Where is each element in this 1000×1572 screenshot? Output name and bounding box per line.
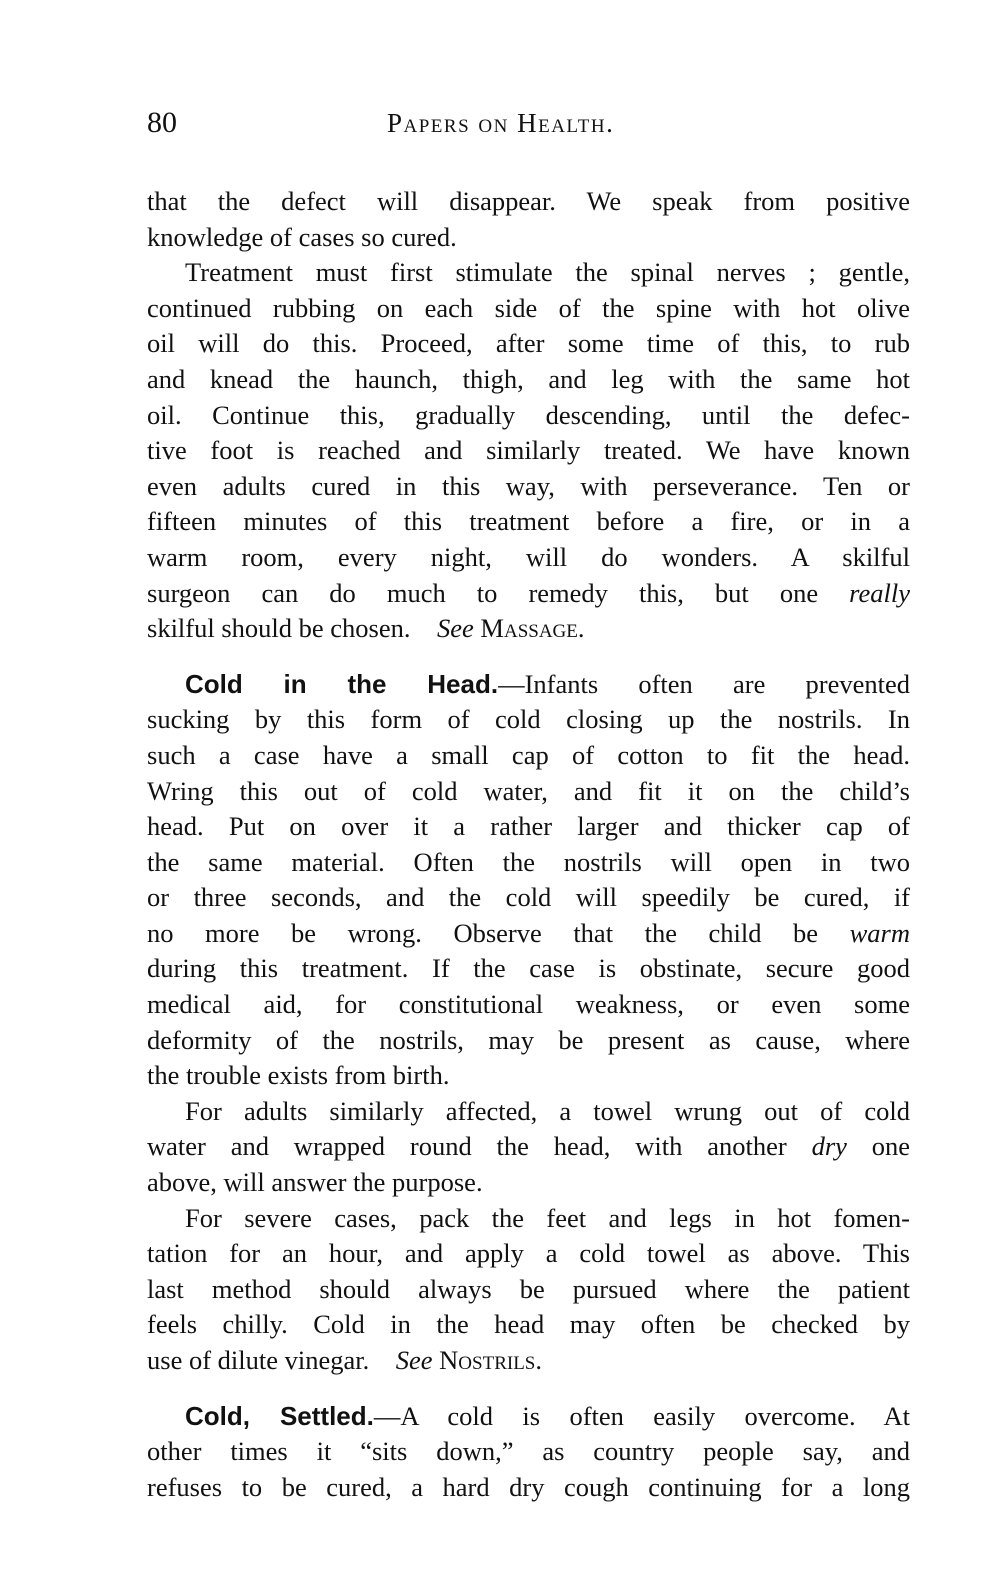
text-line: other times it “sits down,” as country p… xyxy=(147,1434,910,1470)
text-line: or three seconds, and the cold will spee… xyxy=(147,880,910,916)
section-gap xyxy=(147,1379,910,1399)
paragraph-treatment: Treatment must first stimulate the spina… xyxy=(147,255,910,647)
section-gap xyxy=(147,647,910,667)
entry-cold-in-the-head: Cold in the Head.—Infants often are prev… xyxy=(147,667,910,1379)
text-line: the same material. Often the nostrils wi… xyxy=(147,845,910,881)
text-line: refuses to be cured, a hard dry cough co… xyxy=(147,1470,910,1506)
page-header: 80 Papers on Health. xyxy=(147,106,910,146)
text-span: surgeon can do much to remedy this, but … xyxy=(147,578,818,608)
text-span: no more be wrong. Observe that the child… xyxy=(147,918,818,948)
text-line: skilful should be chosen. See Massage. xyxy=(147,611,910,647)
text-span: use of dilute vinegar. xyxy=(147,1345,369,1375)
text-line: For severe cases, pack the feet and legs… xyxy=(147,1201,910,1237)
text-line: above, will answer the purpose. xyxy=(147,1165,910,1201)
running-head: Papers on Health. xyxy=(387,108,614,139)
cross-reference-massage[interactable]: Massage. xyxy=(480,613,584,643)
page-body: that the defect will disappear. We speak… xyxy=(147,184,910,1505)
entry-heading: Cold in the Head. xyxy=(185,669,498,699)
text-line: Wring this out of cold water, and fit it… xyxy=(147,774,910,810)
entry-heading: Cold, Settled. xyxy=(185,1401,374,1431)
text-line: medical aid, for constitutional weakness… xyxy=(147,987,910,1023)
text-line: deformity of the nostrils, may be presen… xyxy=(147,1023,910,1059)
page-number: 80 xyxy=(147,106,177,140)
text-line: tation for an hour, and apply a cold tow… xyxy=(147,1236,910,1272)
text-line: during this treatment. If the case is ob… xyxy=(147,951,910,987)
see-label: See xyxy=(437,613,474,643)
paragraph-continuation: that the defect will disappear. We speak… xyxy=(147,184,910,255)
text-line: tive foot is reached and similarly treat… xyxy=(147,433,910,469)
text-line: water and wrapped round the head, with a… xyxy=(147,1129,910,1165)
text-line: Cold, Settled.—A cold is often easily ov… xyxy=(147,1399,910,1435)
emphasis: warm xyxy=(850,918,910,948)
cross-reference-nostrils[interactable]: Nostrils. xyxy=(439,1345,542,1375)
text-span: A cold is often easily overcome. At xyxy=(400,1401,910,1431)
em-dash: — xyxy=(498,669,525,699)
text-line: head. Put on over it a rather larger and… xyxy=(147,809,910,845)
emphasis: dry xyxy=(812,1131,847,1161)
text-line: Cold in the Head.—Infants often are prev… xyxy=(147,667,910,703)
text-span: Infants often are prevented xyxy=(525,669,910,699)
text-line: Treatment must first stimulate the spina… xyxy=(147,255,910,291)
text-line: and knead the haunch, thigh, and leg wit… xyxy=(147,362,910,398)
entry-cold-settled: Cold, Settled.—A cold is often easily ov… xyxy=(147,1399,910,1506)
text-line: knowledge of cases so cured. xyxy=(147,220,910,256)
text-line: sucking by this form of cold closing up … xyxy=(147,702,910,738)
text-span: skilful should be chosen. xyxy=(147,613,411,643)
text-line: oil. Continue this, gradually descending… xyxy=(147,398,910,434)
em-dash: — xyxy=(374,1401,401,1431)
text-line: continued rubbing on each side of the sp… xyxy=(147,291,910,327)
text-line: warm room, every night, will do wonders.… xyxy=(147,540,910,576)
text-line: such a case have a small cap of cotton t… xyxy=(147,738,910,774)
emphasis: really xyxy=(849,578,910,608)
text-span: one xyxy=(872,1131,910,1161)
see-label: See xyxy=(396,1345,433,1375)
text-line: no more be wrong. Observe that the child… xyxy=(147,916,910,952)
text-line: feels chilly. Cold in the head may often… xyxy=(147,1307,910,1343)
text-line: oil will do this. Proceed, after some ti… xyxy=(147,326,910,362)
text-line: that the defect will disappear. We speak… xyxy=(147,184,910,220)
text-line: even adults cured in this way, with pers… xyxy=(147,469,910,505)
text-line: For adults similarly affected, a towel w… xyxy=(147,1094,910,1130)
text-line: the trouble exists from birth. xyxy=(147,1058,910,1094)
text-line: last method should always be pursued whe… xyxy=(147,1272,910,1308)
text-line: surgeon can do much to remedy this, but … xyxy=(147,576,910,612)
text-span: water and wrapped round the head, with a… xyxy=(147,1131,787,1161)
text-line: use of dilute vinegar. See Nostrils. xyxy=(147,1343,910,1379)
text-line: fifteen minutes of this treatment before… xyxy=(147,504,910,540)
